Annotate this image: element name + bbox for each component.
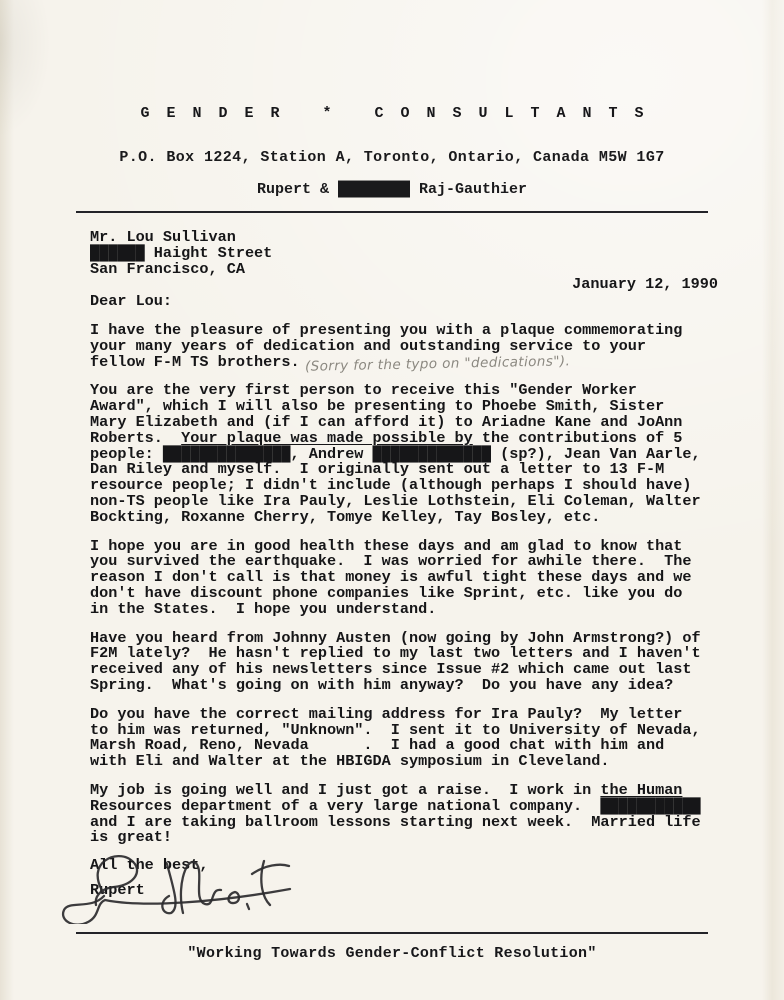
recipient-address-block: Mr. Lou Sullivan ██████ Haight Street Sa… bbox=[90, 230, 718, 277]
letterhead-principals: Rupert & ████████ Raj-Gauthier bbox=[0, 181, 784, 198]
footer-motto: "Working Towards Gender-Conflict Resolut… bbox=[0, 945, 784, 962]
paragraph-ira-pauly: Do you have the correct mailing address … bbox=[90, 707, 718, 770]
paragraph-earthquake: I hope you are in good health these days… bbox=[90, 539, 718, 618]
paragraph-job-text-2: Resources department of a very large nat… bbox=[90, 797, 701, 847]
paragraph-award: You are the very first person to receive… bbox=[90, 383, 718, 525]
paragraph-plaque: I have the pleasure of presenting you wi… bbox=[90, 323, 718, 370]
typed-signature-name: Rupert bbox=[90, 883, 718, 899]
letter-body: Mr. Lou Sullivan ██████ Haight Street Sa… bbox=[90, 230, 718, 899]
paragraph-johnny-austen: Have you heard from Johnny Austen (now g… bbox=[90, 631, 718, 694]
paragraph-job-news: My job is going well and I just got a ra… bbox=[90, 783, 718, 846]
closing-block: All the best, Rupert bbox=[90, 858, 718, 899]
scanned-letter-page: GENDER * CONSULTANTS P.O. Box 1224, Stat… bbox=[0, 0, 784, 1000]
letterhead-divider-rule bbox=[76, 211, 708, 213]
letterhead-org-name: GENDER * CONSULTANTS bbox=[0, 105, 784, 122]
letter-date: January 12, 1990 bbox=[90, 277, 718, 293]
footer-divider-rule bbox=[76, 932, 708, 934]
letterhead-address: P.O. Box 1224, Station A, Toronto, Ontar… bbox=[0, 149, 784, 166]
valediction: All the best, bbox=[90, 858, 718, 874]
handwritten-pencil-note: (Sorry for the typo on "dedications"). bbox=[304, 354, 570, 375]
salutation: Dear Lou: bbox=[90, 294, 718, 310]
